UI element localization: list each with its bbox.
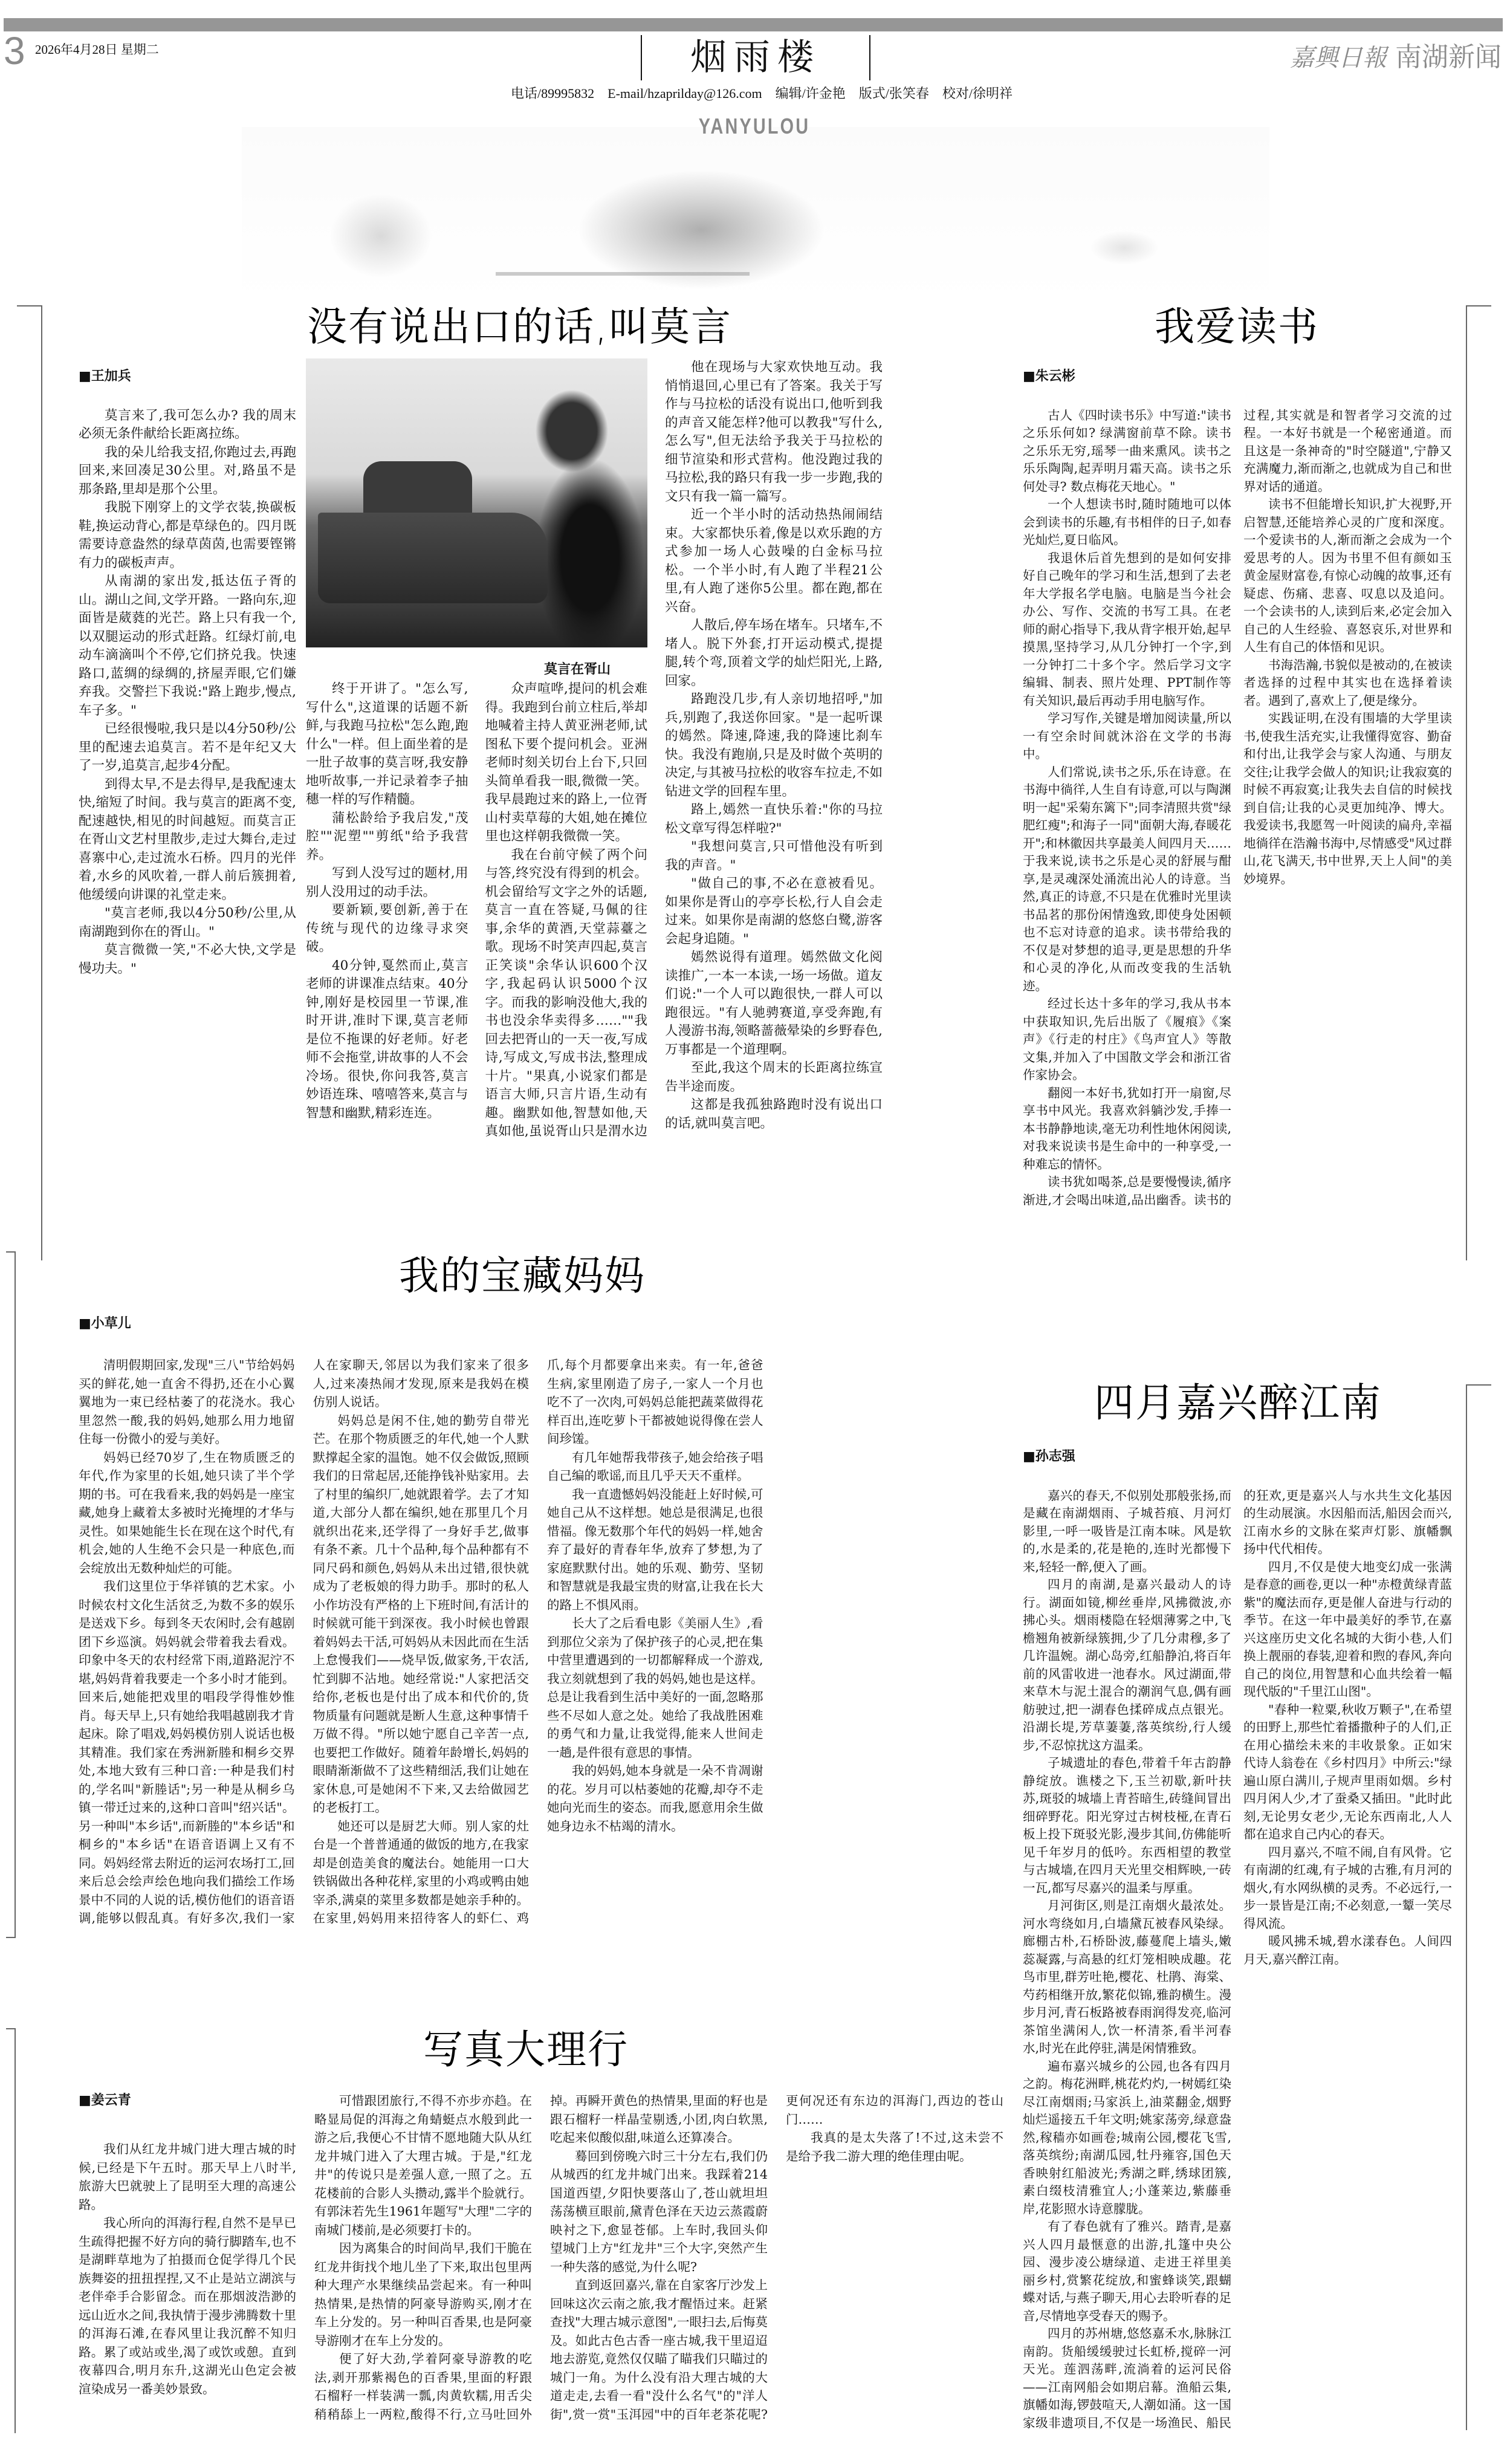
paragraph: 终于开讲了。"怎么写,写什么",这道课的话题不新鲜,与我跑马拉松"怎么跑,跑什么… [306, 680, 468, 809]
paragraph: 暖风拂禾城,碧水漾春色。人间四月天,嘉兴醉江南。 [1243, 1933, 1452, 1968]
paragraph: 人们常说,读书之乐,乐在诗意。在书海中徜徉,人生自有诗意,可以与陶渊明一起"采菊… [1023, 764, 1231, 996]
article-body: 终于开讲了。"怎么写,写什么",这道课的话题不新鲜,与我跑马拉松"怎么跑,跑什么… [306, 680, 647, 1158]
paragraph: 可惜跟团旅行,不得不亦步亦趋。在略显局促的洱海之角蜻蜓点水般到此一游之后,我便心… [314, 2092, 532, 2239]
paragraph: 蒲松龄给予我启发,"茂腔""泥塑""剪纸"给予我营养。 [306, 809, 468, 865]
paragraph: 清明假期回家,发现"三八"节给妈妈买的鲜花,她一直舍不得扔,还在小心翼翼地为一束… [79, 1356, 295, 1448]
article-mo-yan-col4: 他在现场与大家欢快地互动。我悄悄退回,心里已有了答案。我关于写作与马拉松的话没有… [665, 358, 883, 1162]
paragraph: 这都是我孤独路跑时没有说出口的话,就叫莫言吧。 [665, 1096, 883, 1133]
paragraph: 我真的是太失落了!不过,这未尝不是给予我二游大理的绝佳理由呢。 [786, 2128, 1003, 2165]
paragraph: 我的妈妈,她本身就是一朵不肯凋谢的花。岁月可以枯萎她的花瓣,却夺不走她向光而生的… [547, 1762, 763, 1835]
paragraph: 莫言来了,我可怎么办? 我的周末必须无条件献给长距离拉练。 [79, 407, 296, 444]
paragraph: 读书不但能增长知识,扩大视野,开启智慧,还能培养心灵的广度和深度。一个爱读书的人… [1243, 496, 1452, 657]
paragraph: 从南湖的家出发,抵达伍子胥的山。湖山之间,文学开路。一路向东,迎面皆是葳蕤的光芒… [79, 572, 296, 720]
paragraph: 已经很慢啦,我只是以4分50秒/公里的配速去追莫言。若不是年纪又大了一岁,追莫言… [79, 720, 296, 776]
paragraph: 我们从红龙井城门进大理古城的时候,已经是下午五时。那天早上八时半,旅游大巴就驶上… [79, 2140, 296, 2214]
paragraph: 我一直遗憾妈妈没能赶上好时候,可她自己从不这样想。她总是很满足,也很惜福。像无数… [547, 1485, 763, 1615]
paragraph: 有了春色就有了雅兴。踏青,是嘉兴人四月最惬意的出游,扎篷中央公园、漫步凌公塘绿道… [1023, 2218, 1231, 2325]
frame-bracket-left-bottom [6, 2028, 16, 2433]
paragraph: 我退休后首先想到的是如何安排好自己晚年的学习和生活,想到了去老年大学报名学电脑。… [1023, 550, 1231, 710]
byline: 姜云青 [79, 2092, 131, 2110]
paragraph: 我心所向的洱海行程,自然不是早已生疏得把握不好方向的骑行脚踏车,也不是湖畔草地为… [79, 2214, 296, 2398]
article-mo-yan-col2-3: 终于开讲了。"怎么写,写什么",这道课的话题不新鲜,与我跑马拉松"怎么跑,跑什么… [306, 680, 647, 1158]
paragraph: "我想问莫言,只可惜他没有听到我的声音。" [665, 838, 883, 875]
article-dali: 姜云青 我们从红龙井城门进大理古城的时候,已经是下午五时。那天早上八时半,旅游大… [79, 2092, 1003, 2430]
section-masthead: 烟雨楼 [641, 35, 870, 80]
paragraph: 长大了之后看电影《美丽人生》,看到那位父亲为了保护孩子的心灵,把在集中营里遭遇到… [547, 1614, 763, 1762]
byline: 孙志强 [1023, 1448, 1452, 1467]
paragraph: 人散后,停车场在堵车。只堵车,不堵人。脱下外套,打开运动模式,提提腿,转个弯,顶… [665, 617, 883, 690]
article-body: 我们从红龙井城门进大理古城的时候,已经是下午五时。那天早上八时半,旅游大巴就驶上… [79, 2092, 1003, 2430]
paragraph: 经过长达十多年的学习,我从书本中获取知识,先后出版了《履痕》《案声》《行走的村庄… [1023, 995, 1231, 1084]
paragraph: 月河街区,则是江南烟火最浓处。河水弯绕如月,白墙黛瓦被春风染绿。廊棚古朴,石桥卧… [1023, 1897, 1231, 2058]
headline-mo-yan: 没有说出口的话,叫莫言 [307, 305, 732, 349]
article-mother: 小草儿 清明假期回家,发现"三八"节给妈妈买的鲜花,她一直舍不得扔,还在小心翼翼… [79, 1315, 997, 1936]
paragraph: "春种一粒粟,秋收万颗子",在希望的田野上,那些忙着播撒种子的人们,正在用心描绘… [1243, 1701, 1452, 1844]
headline-mother: 我的宝藏妈妈 [399, 1254, 646, 1298]
byline: 朱云彬 [1023, 368, 1452, 386]
frame-bracket-left-mid [6, 1251, 16, 1925]
paragraph: 蓦回到傍晚六时三十分左右,我们仍从城西的红龙井城门出来。我踩着214国道西望,夕… [550, 2147, 768, 2277]
paragraph: 有几年她帮我带孩子,她会给孩子唱自己编的歌谣,而且几乎天天不重样。 [547, 1448, 763, 1485]
paragraph: 古人《四时读书乐》中写道:"读书之乐乐何如? 绿满窗前草不除。读书之乐乐无穷,瑶… [1023, 407, 1231, 496]
paragraph: 学习写作,关键是增加阅读量,所以一有空余时间就沐浴在文学的书海中。 [1023, 710, 1231, 764]
paragraph: 近一个半小时的活动热热闹闹结束。大家都快乐着,像是以欢乐跑的方式参加一场人心鼓噪… [665, 506, 883, 617]
frame-bracket-right-bottom [1466, 1384, 1491, 2430]
article-mo-yan-col1: 王加兵 莫言来了,我可怎么办? 我的周末必须无条件献给长距离拉练。我的朵儿给我支… [79, 368, 296, 1199]
paragraph: 嫣然说得有道理。嫣然做文化阅读推广,一本一本读,一场一场做。道友们说:"一个人可… [665, 948, 883, 1059]
paragraph: 翻阅一本好书,犹如打开一扇窗,尽享书中风光。我喜欢斜躺沙发,手捧一本书静静地读,… [1023, 1084, 1231, 1174]
paragraph: 因为离集合的时间尚早,我们干脆在红龙井街找个地儿坐了下来,取出包里两种大理产水果… [314, 2239, 532, 2350]
photo-caption: 莫言在胥山 [544, 659, 611, 678]
headline-jiaxing: 四月嘉兴醉江南 [1094, 1381, 1382, 1425]
newspaper-brand: 嘉興日報南湖新闻 [1290, 35, 1502, 74]
headline-dali: 写真大理行 [423, 2028, 629, 2072]
byline: 王加兵 [79, 368, 296, 386]
paragraph: 子城遗址的春色,带着千年古韵静静绽放。谯楼之下,玉兰初歇,新叶扶苏,斑驳的城墙上… [1023, 1754, 1231, 1897]
paragraph: 他在现场与大家欢快地互动。我悄悄退回,心里已有了答案。我关于写作与马拉松的话没有… [665, 358, 883, 506]
article-body: 古人《四时读书乐》中写道:"读书之乐乐何如? 绿满窗前草不除。读书之乐乐无穷,瑶… [1023, 407, 1452, 1217]
paragraph: "莫言老师,我以4分50秒/公里,从南湖跑到你在的胥山。" [79, 904, 296, 941]
paragraph: 路跑没几步,有人亲切地招呼,"加兵,别跑了,我送你回家。"是一起听课的嫣然。降速… [665, 690, 883, 801]
paragraph: 要新颖,要创新,善于在传统与现代的边缘寻求突破。 [306, 901, 468, 957]
paragraph: 嘉兴的春天,不似别处那般张扬,而是藏在南湖烟雨、子城苔痕、月河灯影里,一呼一吸皆… [1023, 1487, 1231, 1577]
brand-name: 南湖新闻 [1395, 42, 1502, 72]
article-body: 莫言来了,我可怎么办? 我的周末必须无条件献给长距离拉练。我的朵儿给我支招,你跑… [79, 407, 296, 1199]
paragraph: 至此,我这个周末的长距离拉练宣告半途而废。 [665, 1059, 883, 1096]
article-body: 清明假期回家,发现"三八"节给妈妈买的鲜花,她一直舍不得扔,还在小心翼翼地为一束… [79, 1356, 997, 1936]
article-jiaxing: 孙志强 嘉兴的春天,不似别处那般张扬,而是藏在南湖烟雨、子城苔痕、月河灯影里,一… [1023, 1448, 1452, 2436]
paragraph: 书海浩瀚,书貌似是被动的,在被读者选择的过程中其实也在选择着读者。遇到了,喜欢上… [1243, 657, 1452, 710]
paragraph: 四月,不仅是使大地变幻成一张满是春意的画卷,更以一种"赤橙黄绿青蓝紫"的魔法而存… [1243, 1558, 1452, 1701]
paragraph: 妈妈总是闲不住,她的勤劳自带光芒。在那个物质匮乏的年代,她一个人默默撑起全家的温… [313, 1412, 530, 1817]
paragraph: 路上,嫣然一直快乐着:"你的马拉松文章写得怎样啦?" [665, 801, 883, 838]
article-photo-mo-yan [306, 358, 647, 647]
article-body: 他在现场与大家欢快地互动。我悄悄退回,心里已有了答案。我关于写作与马拉松的话没有… [665, 358, 883, 1162]
paragraph: 到得太早,不是去得早,是我配速太快,缩短了时间。我与莫言的距离不变,配速越快,相… [79, 776, 296, 905]
section-pinyin: YANYULOU [658, 114, 851, 139]
top-bar [4, 18, 1503, 31]
paragraph: 40分钟,戛然而止,莫言老师的讲课准点结束。40分钟,刚好是校园里一节课,准时开… [306, 957, 468, 1123]
article-reading: 朱云彬 古人《四时读书乐》中写道:"读书之乐乐何如? 绿满窗前草不除。读书之乐乐… [1023, 368, 1452, 1217]
frame-bracket-left-mid-bottom [6, 1874, 16, 1938]
paragraph: 众声喧哗,提问的机会难得。我跑到台前立柱后,举却地喊着主持人黄亚洲老师,试图私下… [485, 680, 648, 846]
paragraph: 妈妈已经70岁了,生在物质匮乏的年代,作为家里的长姐,她只读了半个学期的书。可在… [79, 1448, 295, 1578]
contact-line: 电话/89995832 E-mail/hzaprilday@126.com 编辑… [459, 83, 1064, 102]
brand-logo-script: 嘉興日報 [1290, 44, 1387, 72]
paragraph: 四月嘉兴,不喧不闹,自有风骨。它有南湖的红魂,有子城的古雅,有月河的烟火,有水网… [1243, 1844, 1452, 1933]
paragraph: 实践证明,在没有围墙的大学里读书,使我生活充实,让我懂得宽容、勤奋和付出,让我学… [1243, 710, 1452, 888]
headline-reading: 我爱读书 [1155, 305, 1319, 349]
paragraph: "做自己的事,不必在意被看见。如果你是胥山的亭亭长松,行人自会走过来。如果你是南… [665, 875, 883, 948]
paragraph: 莫言微微一笑,"不必大快,文学是慢功夫。" [79, 941, 296, 978]
hero-photo-yanyulou [242, 127, 1269, 302]
byline: 小草儿 [79, 1315, 131, 1334]
paragraph: 我脱下刚穿上的文学衣装,换碳板鞋,换运动背心,都是草绿色的。四月既需要诗意盎然的… [79, 499, 296, 572]
paragraph: 写到人没写过的题材,用别人没用过的动手法。 [306, 864, 468, 901]
issue-date: 2026年4月28日 星期二 [35, 40, 159, 58]
paragraph: 遍布嘉兴城乡的公园,也各有四月之韵。梅花洲畔,桃花灼灼,一树嫣红染尽江南烟雨;马… [1023, 2058, 1231, 2219]
section-title: 烟雨楼 [642, 35, 869, 80]
article-body: 嘉兴的春天,不似别处那般张扬,而是藏在南湖烟雨、子城苔痕、月河灯影里,一呼一吸皆… [1023, 1487, 1452, 2436]
page-number: 3 [4, 31, 25, 70]
frame-bracket-left-top [17, 305, 42, 1260]
paragraph: 我的朵儿给我支招,你跑过去,再跑回来,来回凑足30公里。对,路虽不是那条路,里却… [79, 444, 296, 499]
paragraph: 一个人想读书时,随时随地可以体会到读书的乐趣,有书相伴的日子,如春光灿烂,夏日临… [1023, 496, 1231, 550]
paragraph: 四月的南湖,是嘉兴最动人的诗行。湖面如镜,柳丝垂岸,风拂微波,亦拂心头。烟雨楼隐… [1023, 1576, 1231, 1754]
frame-bracket-right-top [1466, 305, 1491, 1260]
